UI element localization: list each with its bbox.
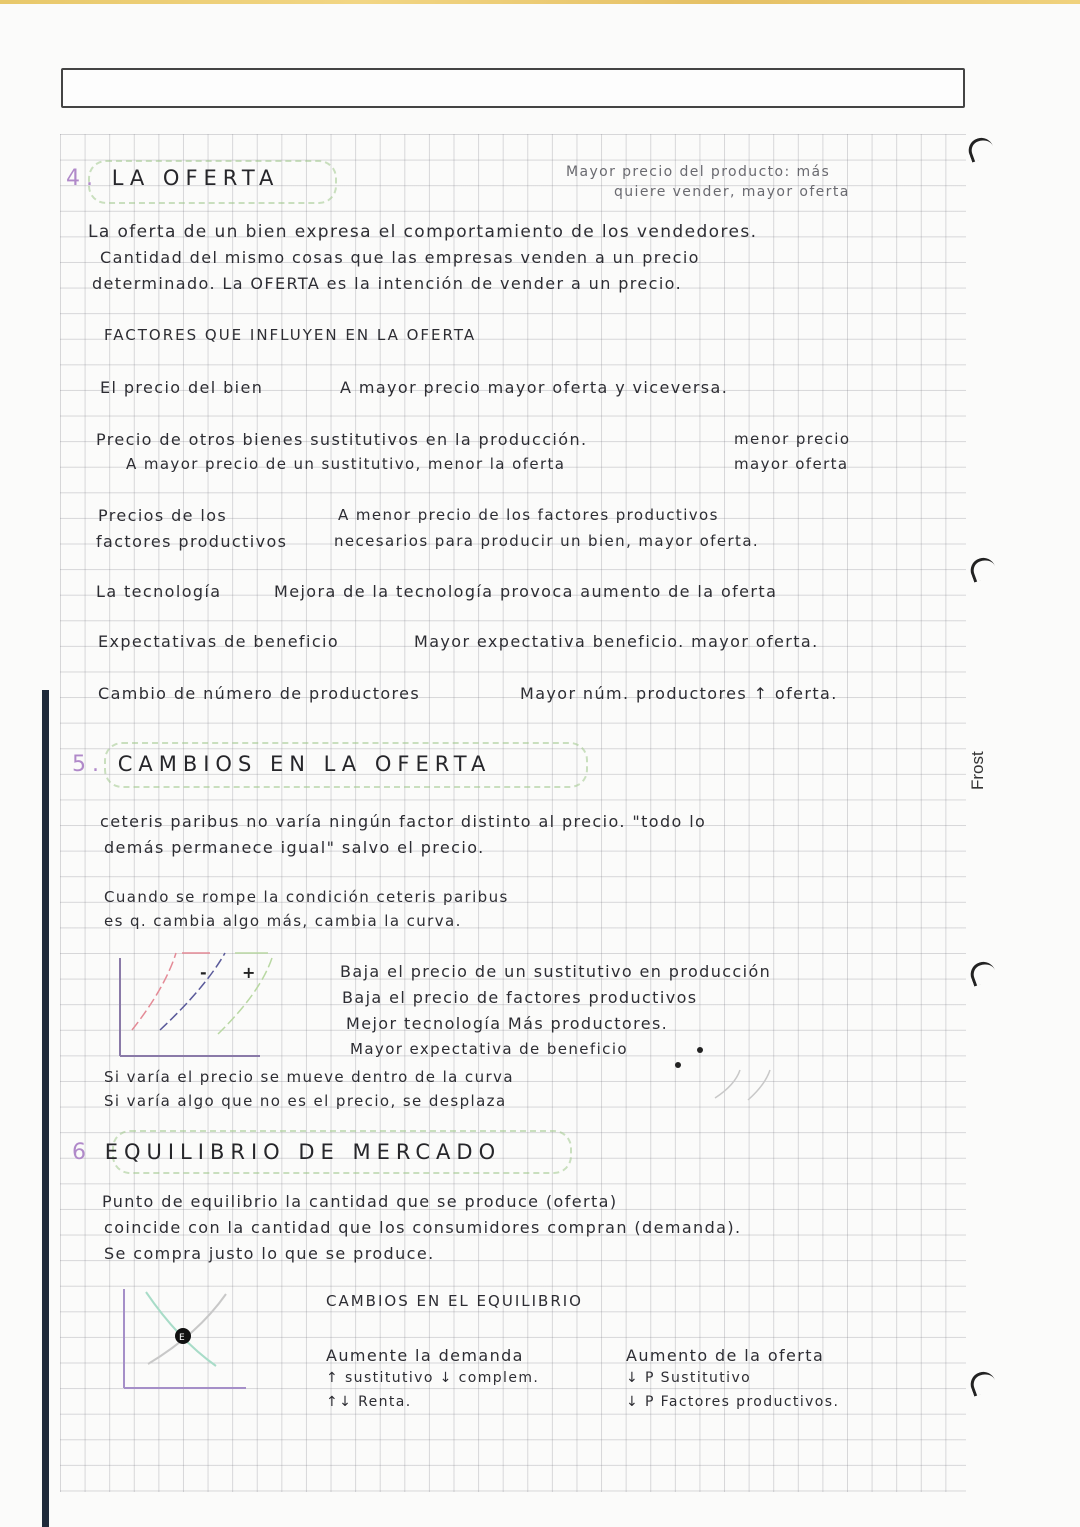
paragraph-line: La oferta de un bien expresa el comporta… bbox=[88, 222, 757, 242]
factor-desc: Mayor expectativa beneficio. mayor ofert… bbox=[414, 632, 819, 651]
supply-heading: Aumento de la oferta bbox=[626, 1346, 824, 1365]
factor-desc: A mayor precio de un sustitutivo, menor … bbox=[126, 455, 565, 473]
paragraph-line: determinado. La OFERTA es la intención d… bbox=[92, 274, 682, 293]
equilibrium-line: Punto de equilibrio la cantidad que se p… bbox=[102, 1192, 618, 1211]
demand-item: ↑↓ Renta. bbox=[326, 1394, 412, 1410]
section-number: 6 bbox=[72, 1140, 92, 1165]
shift-cause: Baja el precio de factores productivos bbox=[342, 988, 698, 1007]
supply-item: ↓ P Sustitutivo bbox=[626, 1370, 751, 1386]
paragraph-line: Cantidad del mismo cosas que las empresa… bbox=[100, 248, 700, 267]
cuando-line: Cuando se rompe la condición ceteris par… bbox=[104, 888, 509, 906]
factor-name: El precio del bien bbox=[100, 378, 263, 397]
supply-shift-graph: - + bbox=[110, 948, 290, 1068]
shift-cause: Mayor expectativa de beneficio bbox=[350, 1040, 628, 1058]
brand-label: Frost bbox=[968, 751, 988, 790]
section-number: 4. bbox=[66, 166, 99, 191]
factor-desc: necesarios para producir un bien, mayor … bbox=[334, 532, 759, 550]
movement-line: Si varía el precio se mueve dentro de la… bbox=[104, 1068, 514, 1086]
equilibrium-graph: E bbox=[118, 1284, 253, 1394]
movement-line: Si varía algo que no es el precio, se de… bbox=[104, 1092, 507, 1110]
demand-item: ↑ sustitutivo ↓ complem. bbox=[326, 1370, 539, 1386]
section-6-heading: 6 EQUILIBRIO DE MERCADO bbox=[72, 1140, 501, 1165]
section-5-heading: 5. CAMBIOS EN LA OFERTA bbox=[72, 752, 491, 777]
factor-note: menor precio bbox=[734, 430, 850, 448]
shift-cause: Baja el precio de un sustitutivo en prod… bbox=[340, 962, 771, 981]
section-number: 5. bbox=[72, 752, 105, 777]
shift-cause: Mejor tecnología Más productores. bbox=[346, 1014, 668, 1033]
ceteris-line: demás permanece igual" salvo el precio. bbox=[104, 838, 485, 857]
equilibrium-line: Se compra justo lo que se produce. bbox=[104, 1244, 435, 1263]
ring-hole-icon bbox=[965, 134, 996, 162]
factor-name: Expectativas de beneficio bbox=[98, 632, 339, 651]
factor-desc: Mejora de la tecnología provoca aumento … bbox=[274, 582, 777, 601]
factor-desc: A menor precio de los factores productiv… bbox=[338, 506, 719, 524]
factor-name: factores productivos bbox=[96, 532, 287, 551]
title-box bbox=[61, 68, 965, 108]
equilibrium-line: coincide con la cantidad que los consumi… bbox=[104, 1218, 741, 1237]
section-title: CAMBIOS EN LA OFERTA bbox=[118, 752, 492, 776]
ceteris-line: ceteris paribus no varía ningún factor d… bbox=[100, 812, 706, 831]
ring-hole-icon bbox=[967, 554, 998, 582]
plus-label: + bbox=[242, 963, 255, 982]
section-4-heading: 4. LA OFERTA bbox=[66, 166, 279, 191]
factors-heading: FACTORES QUE INFLUYEN EN LA OFERTA bbox=[104, 326, 476, 344]
side-note-line: Mayor precio del producto: más bbox=[566, 164, 830, 180]
cuando-line: es q. cambia algo más, cambia la curva. bbox=[104, 912, 462, 930]
supply-item: ↓ P Factores productivos. bbox=[626, 1394, 839, 1410]
side-note-line: quiere vender, mayor oferta bbox=[614, 184, 850, 200]
demand-heading: Aumente la demanda bbox=[326, 1346, 524, 1365]
section-title: EQUILIBRIO DE MERCADO bbox=[105, 1140, 501, 1164]
factor-desc: A mayor precio mayor oferta y viceversa. bbox=[340, 378, 728, 397]
factor-name: Cambio de número de productores bbox=[98, 684, 420, 703]
minus-label: - bbox=[200, 963, 207, 982]
page-top-edge bbox=[0, 0, 1080, 4]
factor-name: Precio de otros bienes sustitutivos en l… bbox=[96, 430, 587, 449]
section-title: LA OFERTA bbox=[112, 166, 280, 190]
factor-desc: Mayor núm. productores ↑ oferta. bbox=[520, 684, 838, 703]
ring-hole-icon bbox=[967, 958, 998, 986]
equilibrium-point-label: E bbox=[179, 1333, 185, 1343]
factor-name: Precios de los bbox=[98, 506, 227, 525]
ring-hole-icon bbox=[967, 1368, 998, 1396]
factor-name: La tecnología bbox=[96, 582, 222, 601]
changes-heading: CAMBIOS EN EL EQUILIBRIO bbox=[326, 1292, 583, 1310]
factor-note: mayor oferta bbox=[734, 455, 849, 473]
sketch-marks bbox=[660, 1040, 780, 1110]
binder-edge bbox=[42, 690, 49, 1527]
